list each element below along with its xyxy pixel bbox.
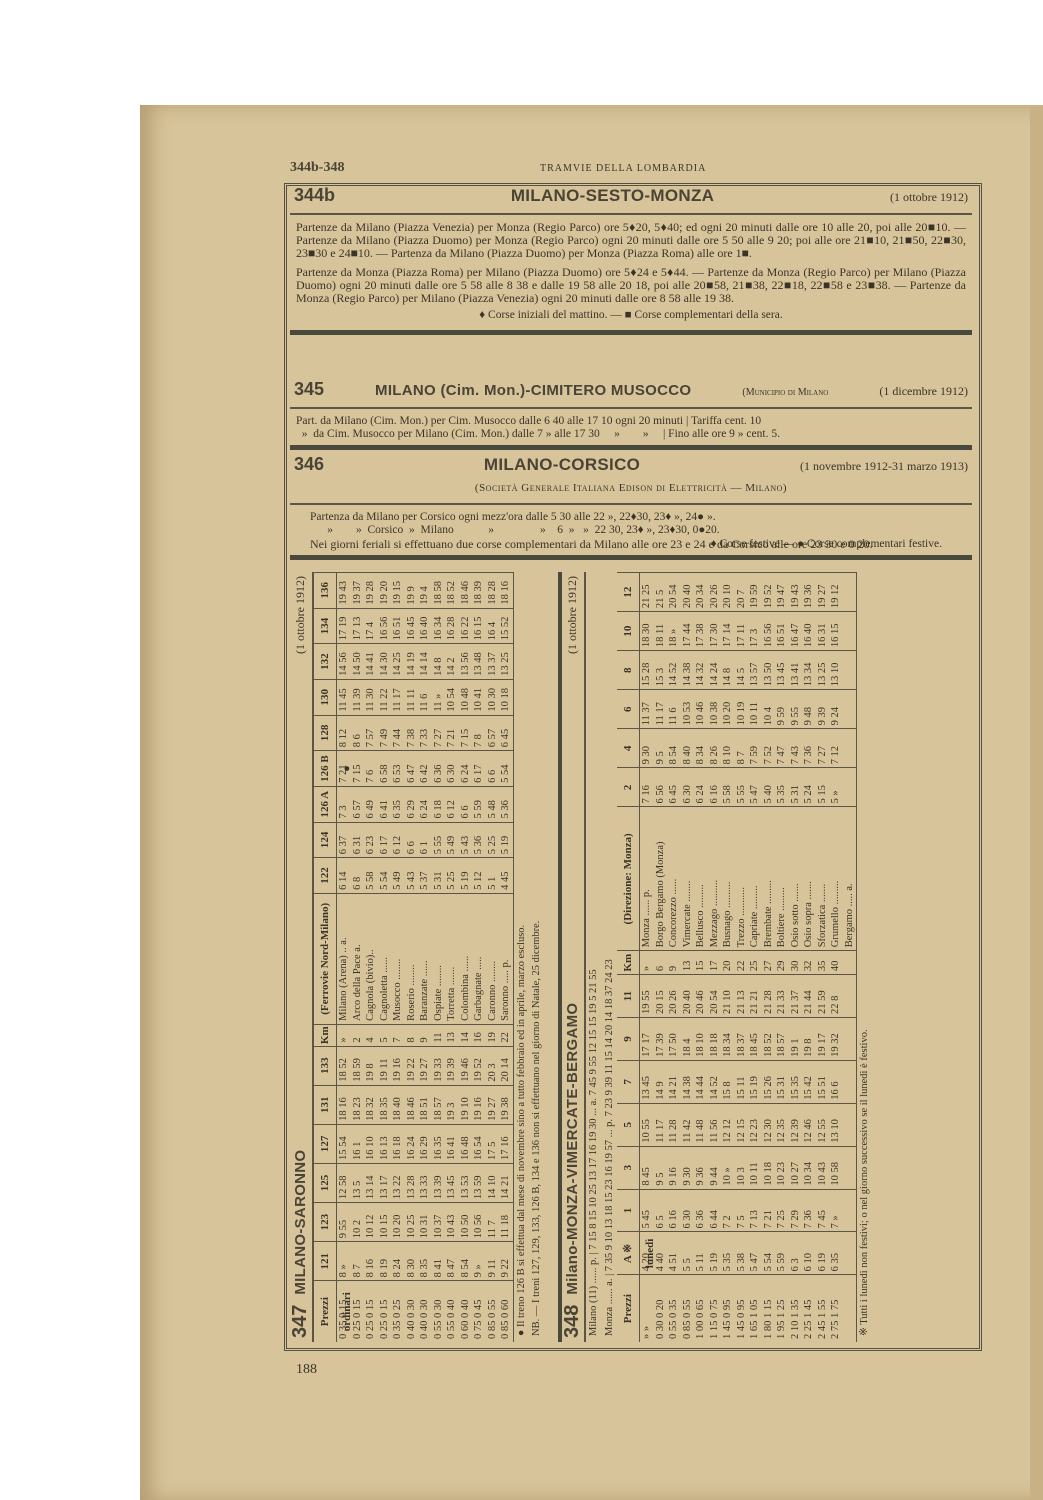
cell: 18 37 [735, 1018, 749, 1060]
cell: 16 51 [775, 612, 789, 650]
cell: 6 44 [708, 1190, 722, 1232]
cell: 16 47 [789, 612, 803, 650]
cell: 8 26 [708, 729, 722, 767]
column-header: (Direzione: Monza) [617, 807, 640, 950]
cell: 11 17 [654, 1104, 668, 1146]
section-header: 345 MILANO (Cim. Mon.)-CIMITERO MUSOCCO … [290, 383, 972, 409]
departures-from-milano: Partenze da Milano (Piazza Venezia) per … [290, 215, 972, 260]
cell: 6 31 [351, 823, 365, 858]
cell: 13 10 [829, 651, 843, 689]
cell: 15 42 [802, 1061, 816, 1103]
cell: 17 19 [337, 609, 351, 644]
cell: 18 » [667, 612, 681, 650]
cell: 5 36 [499, 787, 513, 822]
train-column: 611 3711 1711 610 5310 4610 3810 2010 19… [617, 689, 856, 728]
cell: Milano (Arena) .. a. [337, 894, 351, 1024]
column-header: 3 [617, 1147, 640, 1189]
cell: 6 16 [667, 1190, 681, 1232]
section-344b: 344b MILANO-SESTO-MONZA (1 ottobre 1912)… [290, 189, 972, 337]
cell: 0 55 0 30 [432, 1281, 446, 1342]
cell: 17 38 [694, 612, 708, 650]
cell: 6 18 [432, 787, 446, 822]
cell: 6 24 [459, 751, 473, 786]
cell: 7 27 [432, 716, 446, 751]
train-column: 1221 2521 520 5420 4020 3420 2620 1020 7… [617, 572, 856, 611]
cell: » » [640, 1275, 654, 1342]
cell: 0 55 0 35 [667, 1275, 681, 1342]
cell: 14 10 [486, 1164, 500, 1202]
cell: 13 50 [762, 651, 776, 689]
cell: 18 18 [708, 1018, 722, 1060]
cell: 25 [748, 951, 762, 974]
cell: 7 » [829, 1190, 843, 1232]
column-header: 124 [314, 823, 337, 858]
divider [290, 555, 972, 560]
cell: 16 51 [391, 609, 405, 644]
cell: 13 39 [432, 1164, 446, 1202]
cell: 13 28 [405, 1164, 419, 1202]
km-column: Km»69131517202225272930323540 [617, 950, 856, 974]
cell: 6 19 [816, 1232, 830, 1274]
schedule-line: » da Cim. Musocco per Milano (Cim. Mon.)… [290, 428, 972, 441]
cell: 8 30 [405, 1242, 419, 1280]
cell: 7 3 [337, 787, 351, 822]
divider [290, 445, 972, 450]
cell: 20 [721, 951, 735, 974]
train-column: A ※ lunedì4 204 404 515 55 115 195 355 3… [617, 1231, 856, 1274]
cell: 5 36 [472, 823, 486, 858]
cell: 18 46 [459, 573, 473, 608]
cell: 5 54 [378, 858, 392, 893]
cell: 14 52 [667, 651, 681, 689]
cell: 21 28 [762, 975, 776, 1017]
train-column: 1119 5520 1520 2620 4020 4620 5421 1021 … [617, 974, 856, 1017]
cell: 7 33 [418, 716, 432, 751]
cell: 10 11 [748, 690, 762, 728]
cell: 19 9 [405, 573, 419, 608]
cell: 20 54 [708, 975, 722, 1017]
section-title: MILANO-SESTO-MONZA [511, 189, 714, 202]
cell: 15 52 [499, 609, 513, 644]
cell: 5 47 [748, 768, 762, 806]
column-header: 6 [617, 690, 640, 728]
cell: 19 43 [789, 573, 803, 611]
cell: 9 22 [499, 1242, 513, 1280]
column-header: Km [314, 1025, 337, 1046]
cell: 13 34 [802, 651, 816, 689]
cell: 9 48 [802, 690, 816, 728]
cell: 20 7 [735, 573, 749, 611]
cell: 19 46 [459, 1047, 473, 1085]
cell: 27 [762, 951, 776, 974]
divider [290, 330, 972, 335]
train-column: 13011 4511 3911 3011 2211 1711 1111 611 … [314, 679, 513, 715]
cell: 19 11 [378, 1047, 392, 1085]
cell: 7 44 [391, 716, 405, 751]
cell: 12 30 [762, 1104, 776, 1146]
train-column: 27 166 566 456 306 246 165 585 555 475 4… [617, 767, 856, 806]
cell: 10 58 [829, 1147, 843, 1189]
train-column: 13619 4319 3719 2819 2019 1519 919 418 5… [314, 572, 513, 608]
cell: 13 41 [789, 651, 803, 689]
cell: 10 46 [694, 690, 708, 728]
cell: 1 45 0 95 [721, 1275, 735, 1342]
cell: 10 43 [445, 1203, 459, 1241]
page-number: 188 [296, 1362, 317, 1378]
cell: 0 85 0 60 [499, 1281, 513, 1342]
cell: 6 24 [418, 787, 432, 822]
cell: 6 16 [708, 768, 722, 806]
cell: 21 21 [748, 975, 762, 1017]
legend: ♦ Corse iniziali del mattino. — ■ Corse … [290, 305, 972, 326]
cell: 19 1 [789, 1018, 803, 1060]
cell: 0 25 0 15 [351, 1281, 365, 1342]
cell: 16 15 [472, 609, 486, 644]
cell: 7 25 [775, 1190, 789, 1232]
cell: 6 47 [405, 751, 419, 786]
cell: 9 11 [486, 1242, 500, 1280]
cell: 11 6 [667, 690, 681, 728]
cell: 16 56 [762, 612, 776, 650]
cell: 12 23 [748, 1104, 762, 1146]
cell: 16 6 [829, 1061, 843, 1103]
cell: Musocco ........ [391, 894, 405, 1024]
cell: 9 [667, 951, 681, 974]
cell: 20 10 [721, 573, 735, 611]
cell: 15 11 [735, 1061, 749, 1103]
train-column: 15 456 56 166 306 366 447 27 57 137 217 … [617, 1189, 856, 1232]
cell: 16 54 [472, 1125, 486, 1163]
cell: 10 30 [486, 680, 500, 715]
cell: Arco della Pace a. [351, 894, 365, 1024]
cell: 14 8 [432, 644, 446, 679]
cell: 6 17 [378, 823, 392, 858]
cell: 11 » [432, 680, 446, 715]
prices-column: Prezzi ordinari0 35 0 150 25 0 150 25 0 … [314, 1280, 513, 1342]
train-column: 13318 5218 5919 819 1119 1619 2219 2719 … [314, 1046, 513, 1085]
cell: 7 21 [337, 751, 351, 786]
cell: 5 49 [391, 858, 405, 893]
cell: 10 20 [391, 1203, 405, 1241]
cell: 15 51 [816, 1061, 830, 1103]
cell: 8 54 [667, 729, 681, 767]
cell: 1 15 0 75 [708, 1275, 722, 1342]
cell: 5 55 [735, 768, 749, 806]
cell: Osio sotto ....... [789, 807, 803, 950]
cell: 14 52 [708, 1061, 722, 1103]
cell: 18 52 [445, 573, 459, 608]
cell: 0 35 0 15 [337, 1281, 351, 1342]
cell: 5 38 [735, 1232, 749, 1274]
cell: 20 54 [667, 573, 681, 611]
cell: 5 12 [472, 858, 486, 893]
cell: Brembate ......... [762, 807, 776, 950]
cell: 16 31 [816, 612, 830, 650]
cell: 18 57 [432, 1086, 446, 1124]
cell: 9 36 [694, 1147, 708, 1189]
column-header: 134 [314, 609, 337, 644]
cell: 10 12 [364, 1203, 378, 1241]
cell: 0 35 0 25 [391, 1281, 405, 1342]
cell: 5 [378, 1025, 392, 1046]
cell: 5 5 [681, 1232, 695, 1274]
cell: 8 6 [351, 716, 365, 751]
cell: 14 38 [681, 651, 695, 689]
section-number: 345 [294, 383, 324, 396]
cell: 13 45 [775, 651, 789, 689]
cell: 19 3 [445, 1086, 459, 1124]
cell: 9 24 [829, 690, 843, 728]
cell: 20 40 [681, 573, 695, 611]
cell: 8 16 [364, 1242, 378, 1280]
section-operator: (Società Generale Italiana Edison di Ele… [290, 482, 972, 495]
train-column: 917 1717 3917 5018 418 1018 1818 3418 37… [617, 1017, 856, 1060]
cell: 11 37 [640, 690, 654, 728]
cell: 21 59 [816, 975, 830, 1017]
cell: 5 58 [364, 858, 378, 893]
cell: 5 40 [762, 768, 776, 806]
cell: 5 19 [499, 823, 513, 858]
cell: 12 58 [337, 1164, 351, 1202]
section-date: (1 ottobre 1912) [890, 191, 968, 204]
cell: 0 85 0 55 [486, 1281, 500, 1342]
cell: 5 43 [405, 858, 419, 893]
cell: 7 36 [802, 1190, 816, 1232]
cell: 19 37 [351, 573, 365, 608]
cell: 19 52 [472, 1047, 486, 1085]
cell: 10 19 [735, 690, 749, 728]
schedule-line: » » Corsico » Milano » » 6 » » 22 30, 23… [290, 524, 972, 537]
cell: 7 38 [405, 716, 419, 751]
section-number: 346 [294, 458, 324, 471]
train-column: 13214 5614 5014 4114 3014 2514 1914 1414… [314, 643, 513, 679]
cell: 10 23 [775, 1147, 789, 1189]
section-date: (1 ottobre 1912) [295, 576, 307, 654]
cell: 10 37 [432, 1203, 446, 1241]
cell: 5 31 [789, 768, 803, 806]
cell: 6 57 [486, 716, 500, 751]
cell: 2 75 1 75 [829, 1275, 843, 1342]
cell: 7 57 [364, 716, 378, 751]
cell: 8 47 [445, 1242, 459, 1280]
cell: Vimercate ........ [681, 807, 695, 950]
cell: 1 45 0 95 [735, 1275, 749, 1342]
cell: 5 54 [762, 1232, 776, 1274]
cell: 19 52 [762, 573, 776, 611]
cell: 10 38 [708, 690, 722, 728]
column-header: 122 [314, 858, 337, 893]
cell: 7 16 [640, 768, 654, 806]
cell: 10 56 [472, 1203, 486, 1241]
cell: 10 25 [405, 1203, 419, 1241]
cell: 10 15 [378, 1203, 392, 1241]
cell: 14 2 [445, 644, 459, 679]
cell: 6 42 [418, 751, 432, 786]
cell: 19 8 [364, 1047, 378, 1085]
section-number: 344b [294, 189, 335, 202]
cell: 5 25 [445, 858, 459, 893]
cell: 18 16 [499, 573, 513, 608]
cell: 17 50 [667, 1018, 681, 1060]
cell: 11 [432, 1025, 446, 1046]
cell: 14 41 [364, 644, 378, 679]
column-header: 2 [617, 768, 640, 806]
cell: 9 16 [667, 1147, 681, 1189]
cell: 6 56 [654, 768, 668, 806]
cell: 18 28 [486, 573, 500, 608]
cell: 8 10 [721, 729, 735, 767]
cell: 14 5 [735, 651, 749, 689]
cell: 6 29 [405, 787, 419, 822]
departures-from-monza: Partenze da Monza (Piazza Roma) per Mila… [290, 260, 972, 305]
cell: 18 30 [640, 612, 654, 650]
cell: 40 [829, 951, 843, 974]
section-number: 347 [295, 1305, 307, 1338]
cell: Cagnola (bivio).. [364, 894, 378, 1024]
cell: 6 57 [351, 787, 365, 822]
cell: 15 54 [337, 1125, 351, 1163]
cell: 8 7 [351, 1242, 365, 1280]
column-header: 133 [314, 1047, 337, 1085]
cell: 5 15 [816, 768, 830, 806]
cell: Cagnoletta ...... [378, 894, 392, 1024]
cell: 6 45 [499, 716, 513, 751]
cell: 0 40 0 30 [405, 1281, 419, 1342]
cell: 19 12 [829, 573, 843, 611]
cell: 10 18 [499, 680, 513, 715]
cell: 14 21 [667, 1061, 681, 1103]
cell: 18 52 [337, 1047, 351, 1085]
cell: 7 43 [789, 729, 803, 767]
cell: 6 [654, 951, 668, 974]
cell: 9 » [472, 1242, 486, 1280]
cell: 10 55 [640, 1104, 654, 1146]
cell: » [640, 951, 654, 974]
cell: 18 35 [378, 1086, 392, 1124]
cell: 19 28 [364, 573, 378, 608]
cell: 12 55 [816, 1104, 830, 1146]
rotated-tables: 347 MILANO-SARONNO (1 ottobre 1912) Prez… [290, 572, 972, 1342]
cell: 13 57 [748, 651, 762, 689]
cell: 19 17 [816, 1018, 830, 1060]
cell: 2 45 1 55 [816, 1275, 830, 1342]
cell: 14 30 [378, 644, 392, 679]
cell: 9 5 [654, 729, 668, 767]
section-header: 344b MILANO-SESTO-MONZA (1 ottobre 1912) [290, 189, 972, 215]
cell: 18 4 [681, 1018, 695, 1060]
train-column: 49 309 58 548 408 348 268 108 77 597 527… [617, 728, 856, 767]
train-column: 1218 »8 78 168 198 248 308 358 418 478 5… [314, 1241, 513, 1280]
cell: 16 41 [445, 1125, 459, 1163]
section-date: (1 ottobre 1912) [567, 576, 579, 654]
cell: 17 [708, 951, 722, 974]
column-header: 131 [314, 1086, 337, 1124]
cell: 7 59 [748, 729, 762, 767]
cell: 5 35 [721, 1232, 735, 1274]
cell: 7 52 [762, 729, 776, 767]
cell: 6 30 [445, 751, 459, 786]
cell: 11 28 [667, 1104, 681, 1146]
cell: 5 19 [708, 1232, 722, 1274]
cell: 6 41 [378, 787, 392, 822]
cell: 6 49 [364, 787, 378, 822]
cell: 19 55 [640, 975, 654, 1017]
cell: 5 58 [721, 768, 735, 806]
cell: 7 21 [445, 716, 459, 751]
cell: 5 37 [418, 858, 432, 893]
cell: 5 31 [432, 858, 446, 893]
cell: 0 40 0 30 [418, 1281, 432, 1342]
cell: 16 13 [378, 1125, 392, 1163]
section-title: MILANO-SARONNO [295, 1150, 307, 1295]
cell: Mezzago .......... [708, 807, 722, 950]
column-header: 125 [314, 1164, 337, 1202]
cell: 7 2 [721, 1190, 735, 1232]
cell: 7 29 [789, 1190, 803, 1232]
cell: 16 15 [829, 612, 843, 650]
cell: 5 49 [445, 823, 459, 858]
cell: 6 36 [432, 751, 446, 786]
cell: 6 58 [378, 751, 392, 786]
cell: 10 34 [802, 1147, 816, 1189]
cell: 13 10 [829, 1104, 843, 1146]
cell: 0 85 0 55 [681, 1275, 695, 1342]
cell: 17 11 [735, 612, 749, 650]
cell: 16 35 [432, 1125, 446, 1163]
milano-monza-row: Monza ...... a. | 7 35 9 10 13 18 15 23 … [602, 572, 618, 1342]
cell: 35 [816, 951, 830, 974]
cell: 14 32 [694, 651, 708, 689]
cell: 19 15 [391, 573, 405, 608]
cell: 20 26 [667, 975, 681, 1017]
km-column: Km»245789111314161922 [314, 1024, 513, 1046]
cell: 17 44 [681, 612, 695, 650]
stations-column: (Direzione: Monza)Monza ...... p.Borgo B… [617, 806, 856, 950]
cell: 17 14 [721, 612, 735, 650]
cell: 16 22 [459, 609, 473, 644]
cell: 5 19 [459, 858, 473, 893]
cell: 17 5 [486, 1125, 500, 1163]
train-column: 13417 1917 1317 416 5616 5116 4516 4016 … [314, 608, 513, 644]
cell: 12 46 [802, 1104, 816, 1146]
cell: 17 17 [640, 1018, 654, 1060]
cell: 13 45 [445, 1164, 459, 1202]
cell: 0 25 0 15 [364, 1281, 378, 1342]
cell: 0 25 0 15 [378, 1281, 392, 1342]
cell: 20 14 [499, 1047, 513, 1085]
section-date: (1 novembre 1912-31 marzo 1913) [800, 460, 968, 473]
cell: 8 7 [735, 729, 749, 767]
cell: 14 44 [694, 1061, 708, 1103]
cell: 8 54 [459, 1242, 473, 1280]
cell: 11 11 [405, 680, 419, 715]
cell: 16 48 [459, 1125, 473, 1163]
column-header: 8 [617, 651, 640, 689]
cell: 11 17 [391, 680, 405, 715]
cell: 22 8 [829, 975, 843, 1017]
schedule-line: Partenza da Milano per Corsico ogni mezz… [290, 505, 972, 524]
cell: 29 [775, 951, 789, 974]
cell: 7 36 [802, 729, 816, 767]
cell: 6 5 [654, 1190, 668, 1232]
cell: 21 33 [775, 975, 789, 1017]
cell: 6 30 [681, 1190, 695, 1232]
cell: 18 16 [337, 1086, 351, 1124]
cell: » [337, 1025, 351, 1046]
cell: 9 5 [654, 1147, 668, 1189]
cell: 18 57 [775, 1018, 789, 1060]
cell: 17 13 [351, 609, 365, 644]
